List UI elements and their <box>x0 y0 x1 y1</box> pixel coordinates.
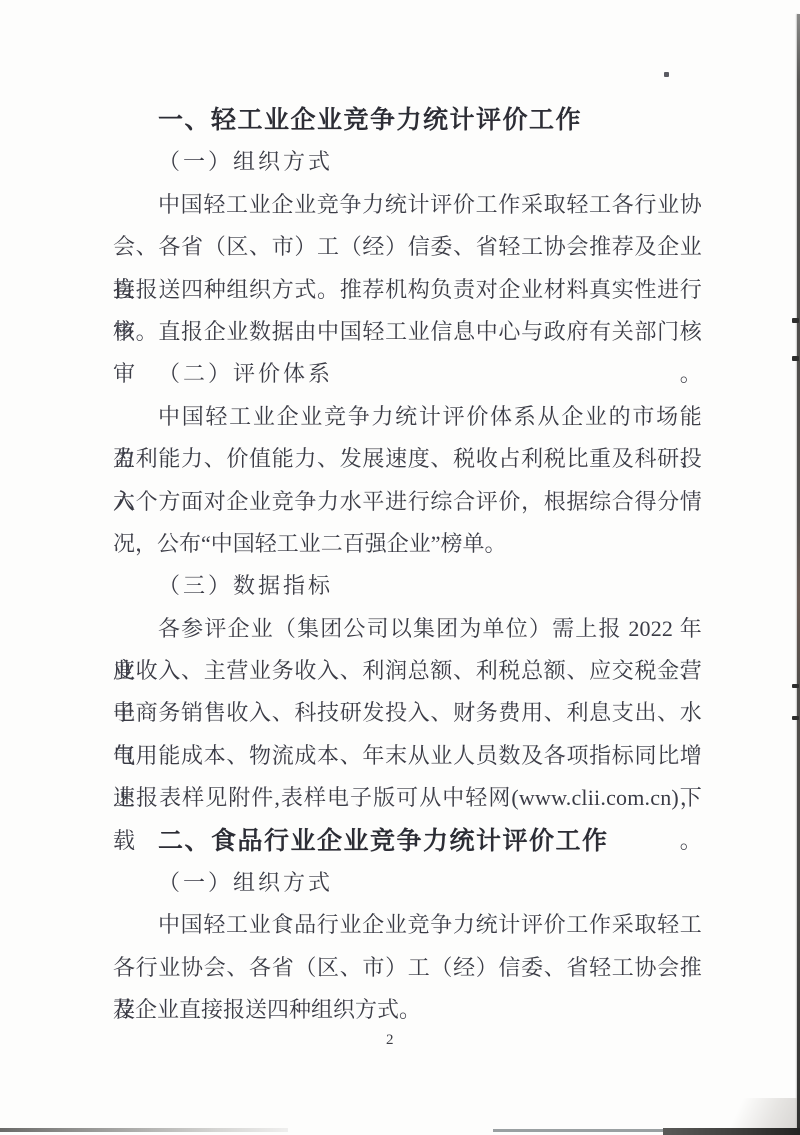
body-line: 各参评企业（集团公司以集团为单位）需上报 2022 年度营 <box>113 608 702 650</box>
scan-edge-tick <box>792 318 799 323</box>
document-text-block: 一、轻工业企业竞争力统计评价工作 （一）组织方式 中国轻工业企业竞争力统计评价工… <box>113 99 702 1032</box>
body-line: 业收入、主营业务收入、利润总额、利税总额、应交税金、电 <box>113 650 702 692</box>
subsection-heading-1-3: （三）数据指标 <box>113 565 702 607</box>
body-line: 气用能成本、物流成本、年末从业人员数及各项指标同比增速， <box>113 735 702 777</box>
body-line: 各行业协会、各省（区、市）工（经）信委、省轻工协会推荐 <box>113 947 702 989</box>
body-line: 及企业直接报送四种组织方式。 <box>113 989 702 1031</box>
scan-edge-tick <box>792 684 799 688</box>
section-heading-1: 一、轻工业企业竞争力统计评价工作 <box>113 99 702 141</box>
body-line: 六个方面对企业竞争力水平进行综合评价，根据综合得分情 <box>113 481 702 523</box>
document-page: 一、轻工业企业竞争力统计评价工作 （一）组织方式 中国轻工业企业竞争力统计评价工… <box>0 0 800 1135</box>
scan-edge-tick <box>792 356 799 361</box>
scan-edge-bottom-middle <box>493 1129 663 1132</box>
scan-edge-tick <box>792 716 799 720</box>
body-line: 中国轻工业企业竞争力统计评价体系从企业的市场能力、 <box>113 396 702 438</box>
body-line: 况，公布“中国轻工业二百强企业”榜单。 <box>113 523 702 565</box>
scan-edge-bottom-left <box>0 1128 288 1132</box>
subsection-heading-1-1: （一）组织方式 <box>113 141 702 183</box>
body-line: 中国轻工业企业竞争力统计评价工作采取轻工各行业协 <box>113 184 702 226</box>
body-line: 会、各省（区、市）工（经）信委、省轻工协会推荐及企业直 <box>113 226 702 268</box>
body-line: 接报送四种组织方式。推荐机构负责对企业材料真实性进行审 <box>113 269 702 311</box>
body-line: 上报表样见附件,表样电子版可从中轻网(www.clii.com.cn)下载。 <box>113 777 702 819</box>
body-line: 核。直报企业数据由中国轻工业信息中心与政府有关部门核审。 <box>113 311 702 353</box>
body-line: 盈利能力、价值能力、发展速度、税收占利税比重及科研投入 <box>113 438 702 480</box>
body-line: 子商务销售收入、科技研发投入、财务费用、利息支出、水电 <box>113 692 702 734</box>
page-number: 2 <box>386 1032 394 1049</box>
scan-speck <box>664 72 669 77</box>
subsection-heading-2-1: （一）组织方式 <box>113 862 702 904</box>
scan-edge-bottom-right <box>663 1128 800 1135</box>
scan-corner-shadow <box>687 1098 797 1130</box>
body-line: 中国轻工业食品行业企业竞争力统计评价工作采取轻工 <box>113 904 702 946</box>
